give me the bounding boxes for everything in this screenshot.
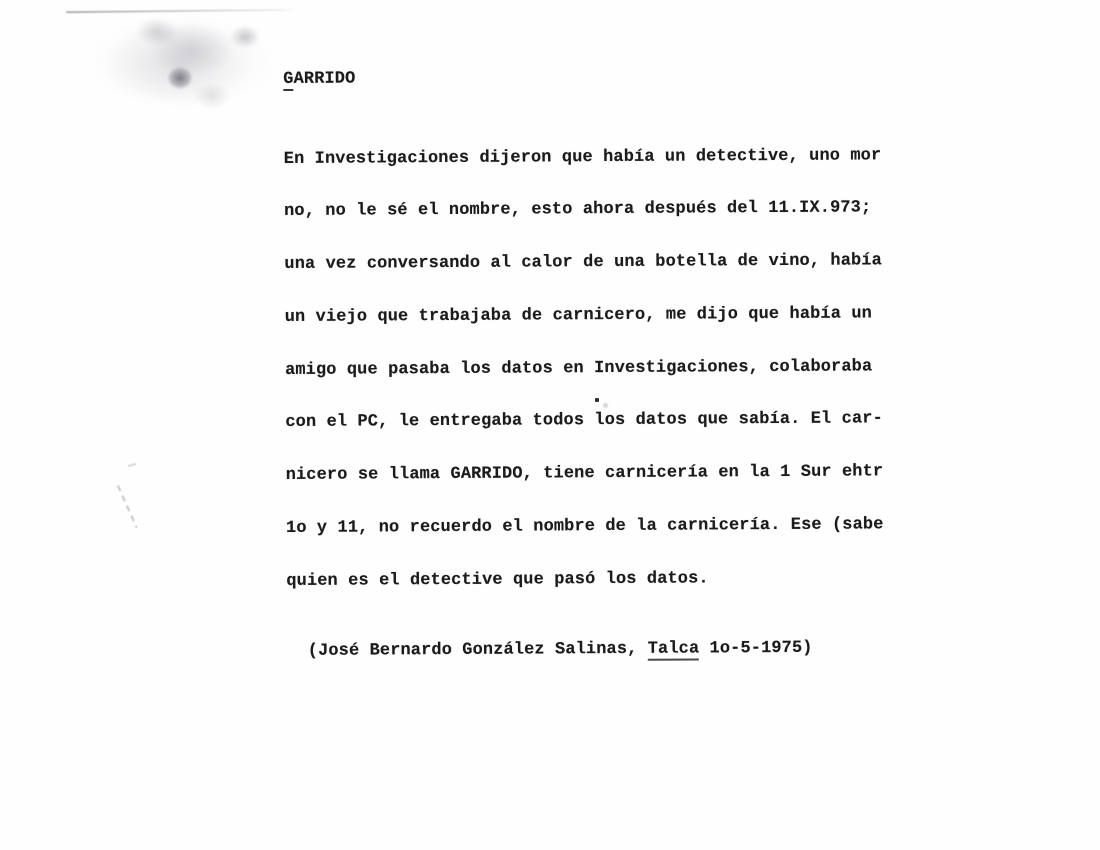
typewritten-text-block: GARRIDO En Investigaciones dijeron que h… <box>283 32 912 696</box>
body-line: 1o y 11, no recuerdo el nombre de la car… <box>286 516 911 537</box>
title-rest: ARRIDO <box>294 70 356 89</box>
body-line: con el PC, le entregaba todos los datos … <box>285 411 910 432</box>
body-line: quien es el detective que pasó los datos… <box>286 569 911 590</box>
scratch-line-artifact <box>117 485 138 528</box>
ink-smudge-stain <box>62 4 297 122</box>
signature-prefix: (José Bernardo González Salinas, <box>308 640 648 661</box>
body-line: En Investigaciones dijeron que había un … <box>284 147 909 168</box>
body-line: un viejo que trabajaba de carnicero, me … <box>285 305 910 326</box>
signature-suffix: 1o-5-1975) <box>699 639 812 659</box>
scanned-document-page: GARRIDO En Investigaciones dijeron que h… <box>0 0 1100 850</box>
title-underlined-initial: G <box>283 71 293 91</box>
body-line: nicero se llama GARRIDO, tiene carnicerí… <box>286 463 911 484</box>
body-line: una vez conversando al calor de una bote… <box>284 252 909 273</box>
body-line: no, no le sé el nombre, esto ahora despu… <box>284 200 909 221</box>
signature-place-underlined: Talca <box>648 640 700 661</box>
scratch-mark-artifact <box>128 463 136 467</box>
body-line: amigo que pasaba los datos en Investigac… <box>285 358 910 379</box>
document-title: GARRIDO <box>283 67 908 90</box>
signature-line: (José Bernardo González Salinas, Talca 1… <box>287 639 912 660</box>
ink-dot-artifact <box>595 398 599 402</box>
ink-speck-artifact <box>603 403 608 408</box>
